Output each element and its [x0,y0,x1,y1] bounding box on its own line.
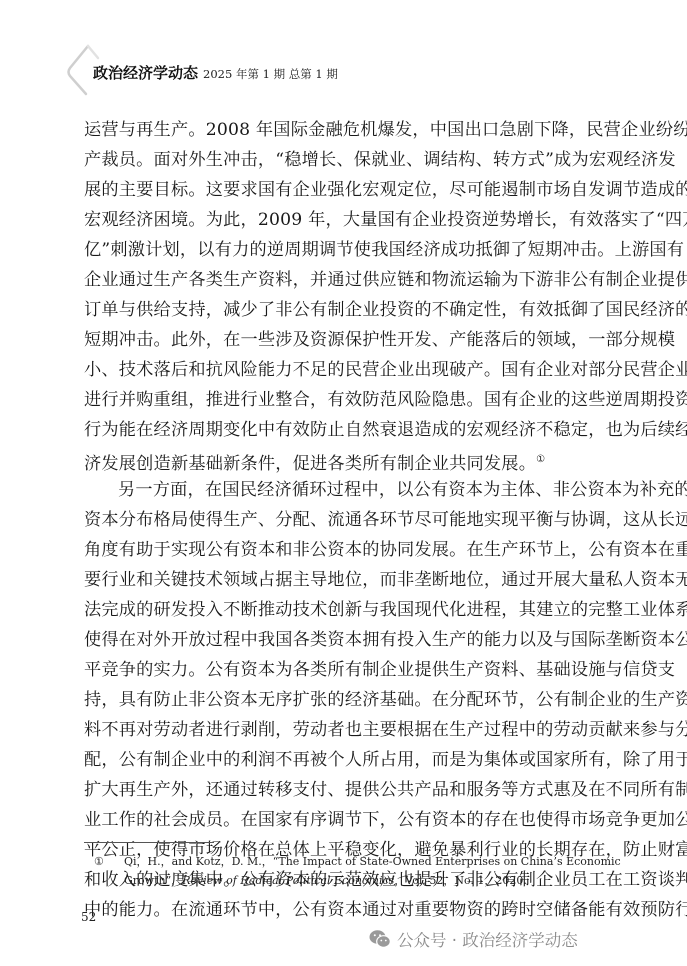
text-line: 济发展创造新基础新条件，促进各类所有制企业共同发展。 [84,454,536,474]
journal-name: 政治经济学动态 [93,64,198,82]
text-line: 短期冲击。此外，在一些涉及资源保护性开发、产能落后的领域，一部分规模 [84,325,614,355]
text-line: 平竞争的实力。公有资本为各类所有制企业提供生产资料、基础设施与信贷支 [84,655,614,685]
text-line: 持，具有防止非公资本无序扩张的经济基础。在分配环节，公有制企业的生产资 [84,685,614,715]
watermark: 公众号 · 政治经济学动态 [369,927,578,951]
text-line: 订单与供给支持，减少了非公有制企业投资的不确定性，有效抵御了国民经济的 [84,295,614,325]
text-line: 法完成的研发投入不断推动技术创新与我国现代化进程，其建立的完整工业体系 [84,595,614,625]
text-line: 资本分布格局使得生产、分配、流通各环节尽可能地实现平衡与协调，这从长远 [84,505,614,535]
text-line: 角度有助于实现公有资本和非公资本的协同发展。在生产环节上，公有资本在重 [84,535,614,565]
paragraph-start-line: 另一方面，在国民经济循环过程中，以公有资本为主体、非公资本为补充的 [84,475,614,505]
watermark-text: 公众号 · 政治经济学动态 [397,927,578,951]
text-line: 业工作的社会成员。在国家有序调节下，公有资本的存在也使得市场竞争更加公 [84,805,614,835]
footnote-reference[interactable]: ① [536,454,545,465]
text-line: 展的主要目标。这要求国有企业强化宏观定位，尽可能遏制市场自发调节造成的 [84,175,614,205]
text-line: 小、技术落后和抗风险能力不足的民营企业出现破产。国有企业对部分民营企业 [84,355,614,385]
footnote-divider [84,842,214,843]
text-line: 宏观经济困境。为此，2009 年，大量国有企业投资逆势增长，有效落实了“四万 [84,205,614,235]
text-line: 中的能力。在流通环节中，公有资本通过对重要物资的跨时空储备能有效预防行 [84,895,614,925]
text-line: 配，公有制企业中的利润不再被个人所占用，而是为集体或国家所有，除了用于 [84,745,614,775]
footnote-journal: Review of Radical Political Economics [182,874,394,887]
text-line: 行为能在经济周期变化中有效防止自然衰退造成的宏观经济不稳定，也为后续经 [84,415,614,445]
header-text: 政治经济学动态2025 年第 1 期 总第 1 期 [93,62,338,83]
wechat-icon [369,929,391,949]
body-text: 运营与再生产。2008 年国际金融危机爆发，中国出口急剧下降，民营企业纷纷减 产… [84,115,614,925]
text-line: 使得在对外开放过程中我国各类资本拥有投入生产的能力以及与国际垄断资本公 [84,625,614,655]
footnote-details: ，Vol. 52，No. 1，2020. [394,874,527,887]
footnote: ① Qi，H.，and Kotz，D. M.，“The Impact of St… [104,852,634,890]
text-line: 要行业和关键技术领域占据主导地位，而非垄断地位，通过开展大量私人资本无 [84,565,614,595]
text-line: 产裁员。面对外生冲击，“稳增长、保就业、调结构、转方式”成为宏观经济发 [84,145,614,175]
text-line: 运营与再生产。2008 年国际金融危机爆发，中国出口急剧下降，民营企业纷纷减 [84,115,614,145]
text-line: 料不再对劳动者进行剥削，劳动者也主要根据在生产过程中的劳动贡献来参与分 [84,715,614,745]
footnote-marker: ① [94,852,104,871]
footnote-authors: Qi，H.，and Kotz，D. M.， [124,855,273,868]
text-line: 扩大再生产外，还通过转移支付、提供公共产品和服务等方式惠及在不同所有制企 [84,775,614,805]
text-line: 企业通过生产各类生产资料，并通过供应链和物流运输为下游非公有制企业提供 [84,265,614,295]
running-header: 政治经济学动态2025 年第 1 期 总第 1 期 [64,44,464,98]
text-line: 亿”刺激计划，以有力的逆周期调节使我国经济成功抵御了短期冲击。上游国有 [84,235,614,265]
issue-info: 2025 年第 1 期 总第 1 期 [203,67,338,81]
text-line: 进行并购重组，推进行业整合，有效防范风险隐患。国有企业的这些逆周期投资 [84,385,614,415]
footnote-citation: Qi，H.，and Kotz，D. M.，“The Impact of Stat… [124,852,634,890]
text-line-with-footnote: 济发展创造新基础新条件，促进各类所有制企业共同发展。① [84,445,614,475]
page-number: 52 [81,910,96,924]
